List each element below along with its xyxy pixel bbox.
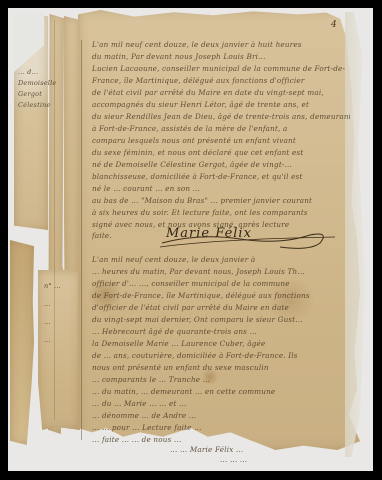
record-2-line: du vingt-sept mai dernier, Ont comparu l…: [92, 316, 350, 324]
record-2-line: ... ... Marie Félix ...: [170, 446, 330, 454]
record-1-line: France, île Martinique, délégué aux fonc…: [92, 77, 350, 85]
margin-note: Demoiselle: [18, 79, 78, 87]
margin-note: Célestine: [18, 101, 78, 109]
record-2-line: la Demoiselle Marie ... Laurence Cuber, …: [92, 340, 350, 348]
record-1-line: accompagnés du sieur Henri Létor, âgé de…: [92, 101, 350, 109]
record-2-line: officier d'... ..., conseiller municipal…: [92, 280, 350, 288]
record-1-line: né de Demoiselle Célestine Gergot, âgée …: [92, 161, 350, 169]
record-2-line: L'an mil neuf cent douze, le deux janvie…: [92, 256, 350, 264]
page-number: 4: [331, 20, 337, 30]
record-1-line: à Fort-de-France, assistés de la mère de…: [92, 125, 350, 133]
record-2-line: ... du matin, ... demeurant ... en cette…: [92, 388, 350, 396]
record-2-line: ... dénomme ... de Andre ...: [92, 412, 350, 420]
record-2-line: ... ... pour ... Lecture faite ...: [92, 424, 350, 432]
record-2-line: ... comparants le ... Tranche ...: [92, 376, 350, 384]
record-1-line: blanchisseuse, domiciliée à Fort-de-Fran…: [92, 173, 350, 181]
record-1-line: du matin, Par devant nous Joseph Louis B…: [92, 53, 350, 61]
record-2-line: ... Hebrecourt âgé de quarante-trois ans…: [92, 328, 350, 336]
record-2-line: de Fort-de-France, île Martinique, délég…: [92, 292, 350, 300]
record-2-line: ... ... ...: [220, 456, 310, 464]
record-1-line: au bas de ... "Maison du Bras" ... premi…: [92, 197, 350, 205]
record-2-line: ... du ... Marie ... ... et ...: [92, 400, 350, 408]
record-1-line: de l'état civil par arrêté du Maire en d…: [92, 89, 350, 97]
margin-note: ...: [44, 300, 78, 308]
margin-note: ... d...: [18, 68, 78, 76]
record-1-line: L'an mil neuf cent douze, le deux janvie…: [92, 41, 350, 49]
record-2-line: ... faite ... ... de nous ...: [92, 436, 350, 444]
record-1-line: du sexe féminin, et nous ont déclaré que…: [92, 149, 350, 157]
record-1-line: faite.: [92, 232, 132, 240]
record-2-line: d'officier de l'état civil par arrêté du…: [92, 304, 350, 312]
record-2-line: nous ont présenté un enfant du sexe masc…: [92, 364, 350, 372]
record-1-line: Lucien Lacaoune, conseiller municipal de…: [92, 65, 350, 73]
record-2-line: ... heures du matin, Par devant nous, Jo…: [92, 268, 350, 276]
margin-note: n° ...: [44, 282, 78, 290]
signature: Marie Félix: [166, 226, 252, 241]
record-1-line: comparu lesquels nous ont présenté un en…: [92, 137, 350, 145]
record-1-line: à six heures du soir. Et lecture faite, …: [92, 209, 350, 217]
record-2-line: de ... ans, couturière, domiciliée à For…: [92, 352, 350, 360]
margin-note: ...: [44, 318, 78, 326]
margin-strip-lower-inner: [38, 270, 80, 430]
margin-rule: [81, 40, 82, 440]
record-1-line: né le ... courant ... en son ...: [92, 185, 350, 193]
margin-note: ...: [44, 336, 78, 344]
record-1-line: du sieur Rendilles Jean de Dieu, âgé de …: [92, 113, 350, 121]
margin-note-surname: Gergot: [18, 90, 78, 98]
